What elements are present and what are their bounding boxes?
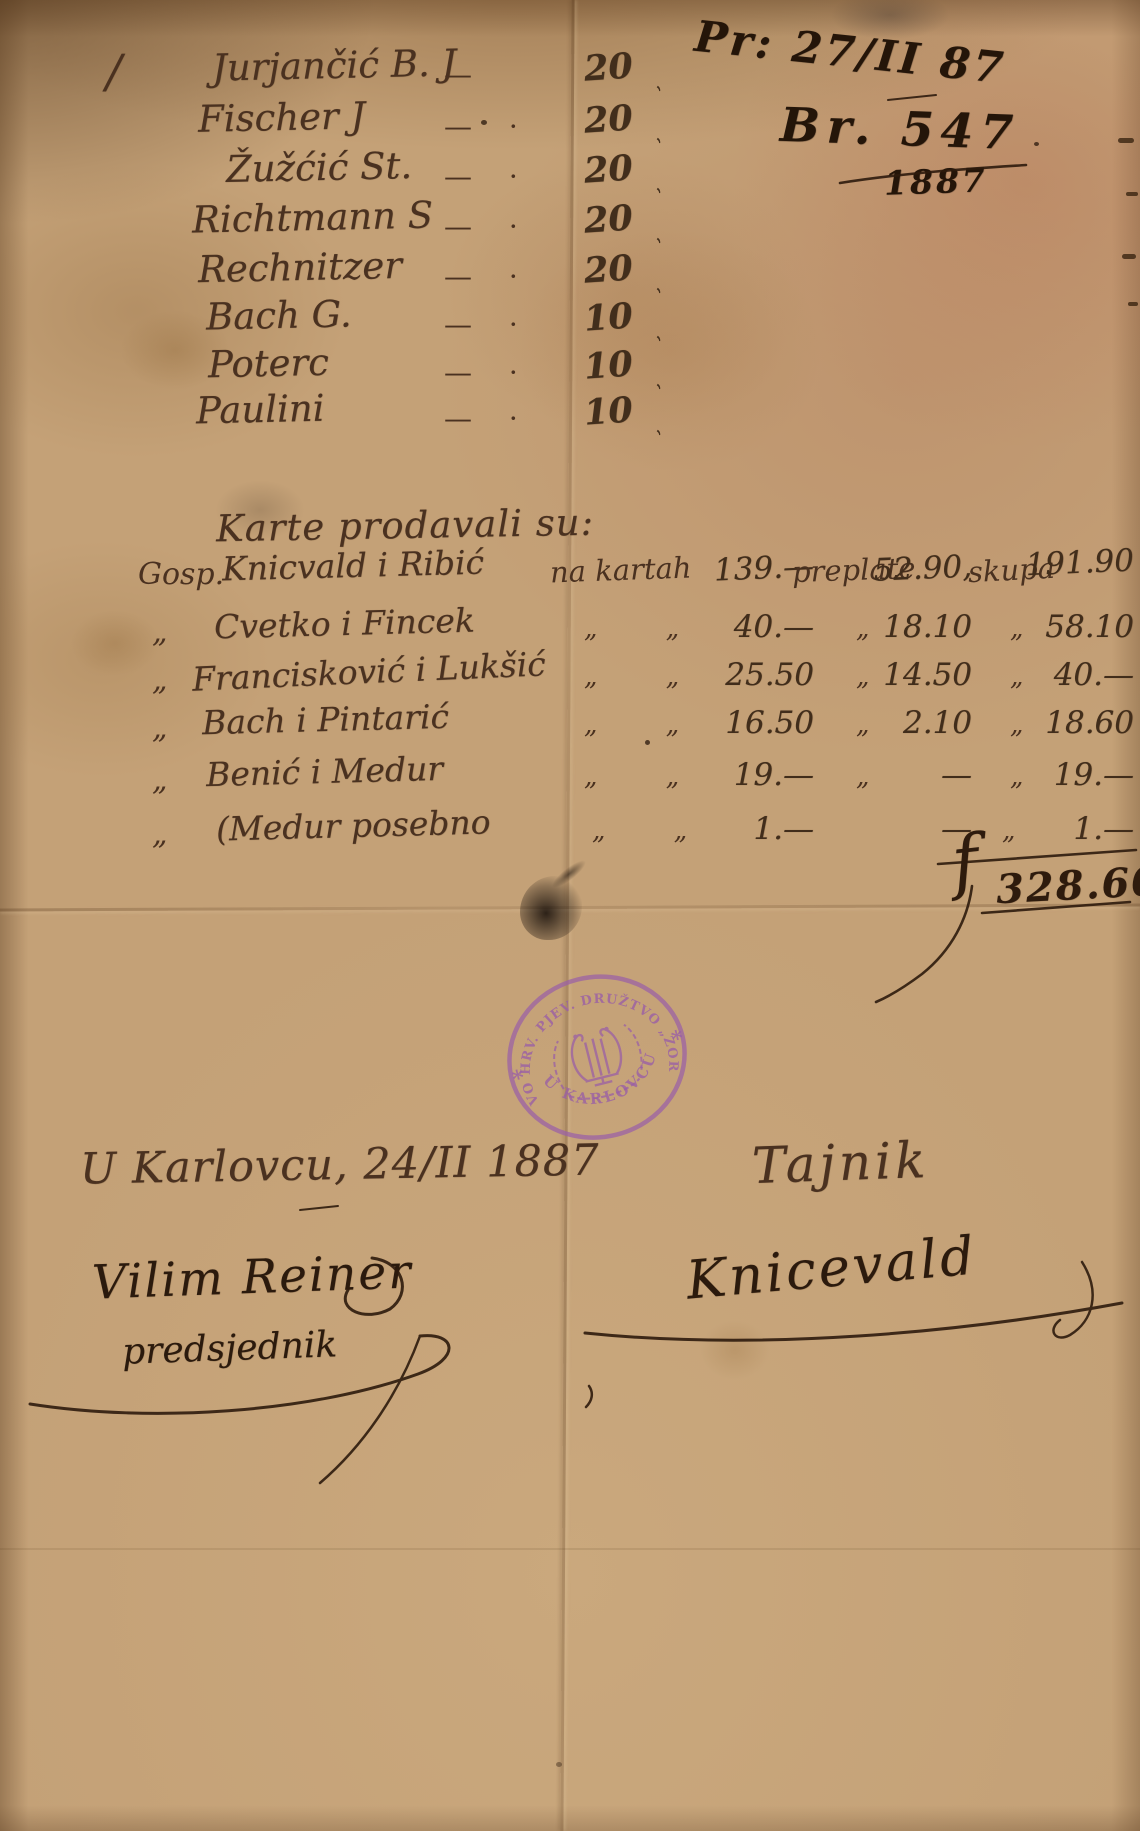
tick-mark: , <box>642 277 665 296</box>
dash-mark: — · <box>444 402 532 435</box>
society-stamp: PRVO HRV. PJEV. DRUŽTVO „ZORA“ U KARLOVC… <box>481 947 713 1167</box>
subscription-amount: 2.10 <box>854 708 972 739</box>
seller-names: (Medur posebno <box>216 804 491 847</box>
member-name: Rechnitzer <box>198 246 403 291</box>
member-row: Rechnitzer — · 20 , <box>0 248 740 302</box>
cards-amount: 1.— <box>688 814 814 845</box>
row-prefix: „ <box>152 618 168 648</box>
row-total: 19.— <box>1018 760 1134 791</box>
tick-mark: , <box>642 373 665 392</box>
subscription-amount: — <box>854 760 972 791</box>
president-title: predsjednik <box>121 1324 337 1372</box>
seller-names: Benić i Medur <box>206 751 444 793</box>
dash-mark: — <box>444 58 486 91</box>
member-row: Bach G. — · 10 , <box>0 296 740 350</box>
cards-amount: 25.50 <box>688 660 814 691</box>
member-amount: 10 <box>583 392 634 430</box>
sales-row: „ Bach i Pintarić „ „ 16.50 „ 2.10 „ 18.… <box>0 702 1140 758</box>
member-name: Fischer J <box>198 96 366 140</box>
dash-mark: — · <box>444 356 532 389</box>
registration-number-line: Br. 547 <box>779 98 1021 161</box>
total-amount: 328.60 <box>995 858 1140 914</box>
tick-mark: , <box>642 419 665 438</box>
dash-mark: — · <box>444 160 532 193</box>
paper-stain <box>700 1320 770 1380</box>
stamp-graphic: PRVO HRV. PJEV. DRUŽTVO „ZORA“ U KARLOVC… <box>481 947 713 1167</box>
member-row: Jurjančić B. J — 20 , <box>0 46 740 100</box>
tick-mark: , <box>642 75 665 94</box>
sales-heading: Karte prodavali su: <box>216 501 595 551</box>
member-amount: 20 <box>583 200 634 238</box>
member-name: Paulini <box>196 389 325 432</box>
dash-mark: — · <box>444 308 532 341</box>
date-numeral-underline <box>300 1206 338 1210</box>
torn-edge-mark <box>1118 138 1134 143</box>
dash-mark: — · <box>444 210 532 243</box>
member-name: Bach G. <box>206 294 352 338</box>
member-amount: 20 <box>583 150 634 188</box>
member-amount: 10 <box>583 298 634 336</box>
member-amount: 20 <box>583 48 634 86</box>
tick-mark: , <box>642 227 665 246</box>
member-amount: 10 <box>583 346 634 384</box>
col-cards-label: na kartah <box>550 554 692 588</box>
member-name: Richtmann S <box>192 195 434 241</box>
seller-names: Bach i Pintarić <box>202 699 450 742</box>
secretary-signature-flourish <box>585 1303 1122 1340</box>
tick-mark: , <box>642 325 665 344</box>
president-signature: Vilim Reiner <box>91 1244 413 1310</box>
torn-edge-mark <box>1126 192 1138 196</box>
seller-names: Knicvald i Ribić <box>222 545 485 588</box>
row-prefix: „ <box>152 820 168 850</box>
row-prefix: „ <box>152 666 168 696</box>
dash-mark: — · <box>444 110 532 143</box>
ink-spot <box>556 1762 562 1767</box>
tick-mark: , <box>642 177 665 196</box>
row-total: 18.60 <box>1018 708 1134 739</box>
member-name: Poterc <box>208 343 330 386</box>
faint-fold-crease <box>0 1548 1140 1550</box>
cards-amount: 16.50 <box>688 708 814 739</box>
seller-names: Francisković i Lukšić <box>191 646 546 698</box>
row-total: 58.10 <box>1018 612 1134 643</box>
ink-spot <box>1034 142 1039 146</box>
row-total: 1.— <box>1018 814 1134 845</box>
document-page: / Pr: 27/II 87 Br. 547 1887 Jurjančić B.… <box>0 0 1140 1831</box>
roman-numeral-underline <box>888 95 936 100</box>
subscription-amount: 14.50 <box>854 660 972 691</box>
secretary-signature: Knicevald <box>684 1225 979 1311</box>
member-amount: 20 <box>583 250 634 288</box>
sales-row: Gosp. Knicvald i Ribić na kartah 139.— p… <box>0 548 1140 604</box>
member-amount: 20 <box>583 100 634 138</box>
row-prefix: „ <box>152 714 168 744</box>
row-total: 40.— <box>1018 660 1134 691</box>
seller-names: Cvetko i Fincek <box>214 603 476 646</box>
subscription-amount: 18.10 <box>854 612 972 643</box>
torn-edge-mark <box>1128 302 1138 306</box>
member-row: Fischer J — · 20 , <box>0 98 740 152</box>
member-name: Žužćić St. <box>226 146 413 191</box>
member-row: Paulini — · 10 , <box>0 390 740 444</box>
row-prefix: Gosp. <box>138 560 224 590</box>
row-total: 191.90 <box>1017 545 1134 581</box>
torn-edge-mark <box>1122 254 1136 259</box>
place-date-line: U Karlovcu, 24/II 1887 <box>80 1135 600 1194</box>
row-prefix: „ <box>152 766 168 796</box>
secretary-paraph <box>1053 1262 1092 1337</box>
cards-amount: 40.— <box>688 612 814 643</box>
cards-amount: 19.— <box>688 760 814 791</box>
member-name: Jurjančić B. J <box>212 43 457 89</box>
registration-year-line: 1887 <box>883 160 988 203</box>
tick-mark: , <box>642 127 665 146</box>
secretary-title: Tajnik <box>751 1131 930 1195</box>
apostrophe-mark <box>586 1386 592 1407</box>
dash-mark: — · <box>444 260 532 293</box>
subscription-amount: 52.90, <box>853 551 972 587</box>
sales-row: „ Benić i Medur „ „ 19.— „ — „ 19.— <box>0 754 1140 810</box>
